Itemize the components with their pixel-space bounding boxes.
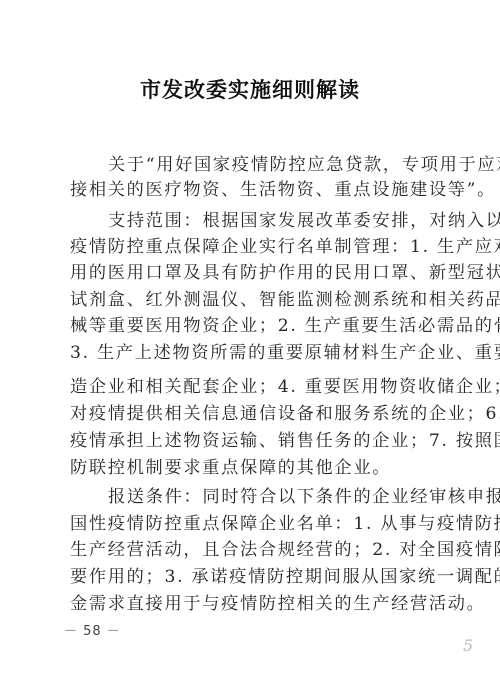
paragraph-2-line-1: 支持范围：根据国家发展改革委安排，对纳入以下范围的 [108,211,436,231]
paragraph-3-line-1: 报送条件：同时符合以下条件的企业经审核申报后列入全 [108,487,436,507]
paragraph-3-line-3: 生产经营活动，且合法合规经营的；2. 对全国疫情防控有重 [70,540,436,560]
paragraph-1-line-2: 接相关的医疗物资、生活物资、重点设施建设等”。 [70,180,436,200]
paragraph-2-line-2: 疫情防控重点保障企业实行名单制管理：1. 生产应对疫情使 [70,237,436,257]
page-number: － 58 － [64,620,121,639]
paragraph-2-line-5: 械等重要医用物资企业；2. 生产重要生活必需品的骨干企业； [70,316,436,336]
paragraph-1-line-1: 关于“用好国家疫情防控应急贷款，专项用于应对疫情直 [108,155,436,175]
paragraph-3-line-5: 金需求直接用于与疫情防控相关的生产经营活动。 [70,594,436,614]
paragraph-2-line-3: 用的医用口罩及具有防护作用的民用口罩、新型冠状病毒检测 [70,263,436,283]
paragraph-2-line-8: 对疫情提供相关信息通信设备和服务系统的企业；6. 为应对 [70,404,436,424]
corner-page-mark: 5 [463,636,473,655]
paragraph-2-line-10: 防联控机制要求重点保障的其他企业。 [70,458,436,478]
paragraph-2-line-7: 造企业和相关配套企业；4. 重要医用物资收储企业；5. 为应 [70,377,436,397]
paragraph-2-line-9: 疫情承担上述物资运输、销售任务的企业；7. 按照国务院联 [70,431,436,451]
paragraph-3-line-4: 要作用的；3. 承诺疫情防控期间服从国家统一调配的；4. 资 [70,567,436,587]
page-title: 市发改委实施细则解读 [0,74,500,104]
paragraph-3-line-2: 国性疫情防控重点保障企业名单：1. 从事与疫情防控相关的 [70,514,436,534]
paragraph-2-line-4: 试剂盒、红外测温仪、智能监测检测系统和相关药品、医疗器 [70,290,436,310]
paragraph-2-line-6: 3. 生产上述物资所需的重要原辅材料生产企业、重要设备制 [70,343,436,363]
